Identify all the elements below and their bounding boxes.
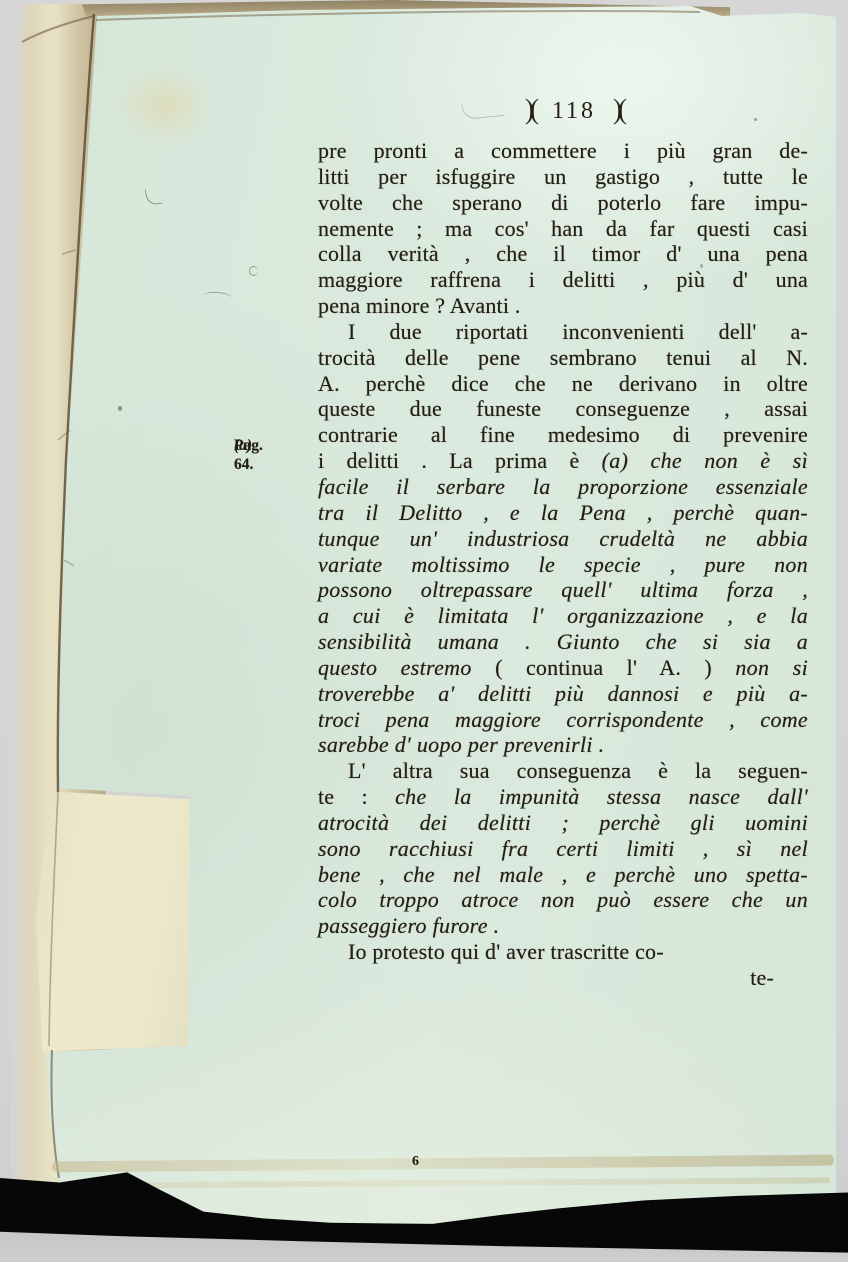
text-line: nemente ; ma cos' han da far questi casi bbox=[318, 216, 808, 242]
italic-text-segment: sarebbe d' uopo per prevenirli . bbox=[318, 732, 604, 757]
text-line: sono racchiusi fra certi limiti , sì nel bbox=[318, 836, 808, 862]
header-left-mark: )( bbox=[525, 93, 535, 126]
italic-text-segment: tunque un' industriosa crudeltà ne abbia bbox=[318, 526, 808, 551]
text-line: te- bbox=[318, 965, 808, 991]
header-right-mark: )( bbox=[613, 93, 623, 126]
text-segment: Io protesto qui d' aver trascritte co- bbox=[348, 939, 664, 964]
italic-text-segment: colo troppo atroce non può essere che un bbox=[318, 887, 808, 912]
text-line: tunque un' industriosa crudeltà ne abbia bbox=[318, 526, 808, 552]
italic-text-segment: possono oltrepassare quell' ultima forza… bbox=[318, 577, 808, 602]
text-line: troci pena maggiore corrispondente , com… bbox=[318, 707, 808, 733]
text-segment: pre pronti a commettere i più gran de- bbox=[318, 138, 808, 163]
text-segment: pena minore ? Avanti . bbox=[318, 293, 521, 318]
text-line: possono oltrepassare quell' ultima forza… bbox=[318, 577, 808, 603]
text-line: sarebbe d' uopo per prevenirli . bbox=[318, 732, 808, 758]
text-line: questo estremo ( continua l' A. ) non si bbox=[318, 655, 808, 681]
italic-text-segment: atrocità dei delitti ; perchè gli uomini bbox=[318, 810, 808, 835]
text-segment: i delitti . La prima è bbox=[318, 448, 602, 473]
italic-text-segment: bene , che nel male , e perchè uno spett… bbox=[318, 862, 808, 887]
italic-text-segment: troci pena maggiore corrispondente , com… bbox=[318, 707, 808, 732]
text-segment: te- bbox=[750, 965, 774, 990]
text-line: contrarie al fine medesimo di prevenire bbox=[318, 422, 808, 448]
text-segment: queste due funeste conseguenze , assai bbox=[318, 396, 808, 421]
italic-text-segment: facile il serbare la proporzione essenzi… bbox=[318, 474, 808, 499]
text-line: variate moltissimo le specie , pure non bbox=[318, 552, 808, 578]
text-segment: ( continua l' A. ) bbox=[495, 655, 712, 680]
text-line: Io protesto qui d' aver trascritte co- bbox=[318, 939, 808, 965]
text-line: maggiore raffrena i delitti , più d' una bbox=[318, 267, 808, 293]
text-segment: litti per isfuggire un gastigo , tutte l… bbox=[318, 164, 808, 189]
text-line: litti per isfuggire un gastigo , tutte l… bbox=[318, 164, 808, 190]
italic-text-segment: non si bbox=[712, 655, 808, 680]
text-line: L' altra sua conseguenza è la seguen- bbox=[318, 758, 808, 784]
text-line: pena minore ? Avanti . bbox=[318, 293, 808, 319]
text-line: pre pronti a commettere i più gran de- bbox=[318, 138, 808, 164]
text-line: tra il Delitto , e la Pena , perchè quan… bbox=[318, 500, 808, 526]
italic-text-segment: passeggiero furore . bbox=[318, 913, 499, 938]
text-segment: A. perchè dice che ne derivano in oltre bbox=[318, 371, 808, 396]
text-line: te : che la impunità stessa nasce dall' bbox=[318, 784, 808, 810]
text-segment: colla verità , che il timor d' una pena bbox=[318, 241, 808, 266]
italic-text-segment: sono racchiusi fra certi limiti , sì nel bbox=[318, 836, 808, 861]
page-number: 118 bbox=[552, 98, 596, 125]
text-segment: L' altra sua conseguenza è la seguen- bbox=[348, 758, 808, 783]
italic-text-segment: tra il Delitto , e la Pena , perchè quan… bbox=[318, 500, 808, 525]
text-segment: nemente ; ma cos' han da far questi casi bbox=[318, 216, 808, 241]
ink-speck bbox=[118, 406, 122, 411]
italic-text-segment: che la impunità stessa nasce dall' bbox=[395, 784, 808, 809]
text-line: colla verità , che il timor d' una pena bbox=[318, 241, 808, 267]
scanned-book-page: )( 118 )( (a) Pag. 64. pre pronti a comm… bbox=[0, 0, 848, 1262]
text-line: troverebbe a' delitti più dannosi e più … bbox=[318, 681, 808, 707]
text-segment: volte che sperano di poterlo fare impu- bbox=[318, 190, 808, 215]
italic-text-segment: (a) che non è sì bbox=[602, 448, 808, 473]
page-header: )( 118 )( bbox=[318, 94, 808, 125]
text-segment: I due riportati inconvenienti dell' a- bbox=[348, 319, 808, 344]
italic-text-segment: sensibilità umana . Giunto che si sia a bbox=[318, 629, 808, 654]
text-line: colo troppo atroce non può essere che un bbox=[318, 887, 808, 913]
text-line: trocità delle pene sembrano tenui al N. bbox=[318, 345, 808, 371]
text-segment: contrarie al fine medesimo di prevenire bbox=[318, 422, 808, 447]
text-segment: maggiore raffrena i delitti , più d' una bbox=[318, 267, 808, 292]
text-line: A. perchè dice che ne derivano in oltre bbox=[318, 371, 808, 397]
signature-mark: 6 bbox=[412, 1154, 419, 1170]
text-line: volte che sperano di poterlo fare impu- bbox=[318, 190, 808, 216]
text-segment: trocità delle pene sembrano tenui al N. bbox=[318, 345, 808, 370]
paper-stain bbox=[95, 48, 235, 163]
italic-text-segment: troverebbe a' delitti più dannosi e più … bbox=[318, 681, 808, 706]
footnote-ref-mark: (a) bbox=[234, 436, 252, 455]
text-line: atrocità dei delitti ; perchè gli uomini bbox=[318, 810, 808, 836]
text-segment: te : bbox=[318, 784, 395, 809]
italic-text-segment: variate moltissimo le specie , pure non bbox=[318, 552, 808, 577]
text-line: bene , che nel male , e perchè uno spett… bbox=[318, 862, 808, 888]
text-line: sensibilità umana . Giunto che si sia a bbox=[318, 629, 808, 655]
text-line: I due riportati inconvenienti dell' a- bbox=[318, 319, 808, 345]
text-line: passeggiero furore . bbox=[318, 913, 808, 939]
pen-mark bbox=[249, 266, 258, 276]
text-line: facile il serbare la proporzione essenzi… bbox=[318, 474, 808, 500]
footnote-ref-page: 64. bbox=[234, 455, 320, 474]
text-line: i delitti . La prima è (a) che non è sì bbox=[318, 448, 808, 474]
text-block: pre pronti a commettere i più gran de-li… bbox=[318, 138, 808, 991]
italic-text-segment: a cui è limitata l' organizzazione , e l… bbox=[318, 603, 808, 628]
italic-text-segment: questo estremo bbox=[318, 655, 495, 680]
text-line: queste due funeste conseguenze , assai bbox=[318, 396, 808, 422]
margin-footnote-reference: (a) Pag. 64. bbox=[234, 436, 320, 474]
text-line: a cui è limitata l' organizzazione , e l… bbox=[318, 603, 808, 629]
